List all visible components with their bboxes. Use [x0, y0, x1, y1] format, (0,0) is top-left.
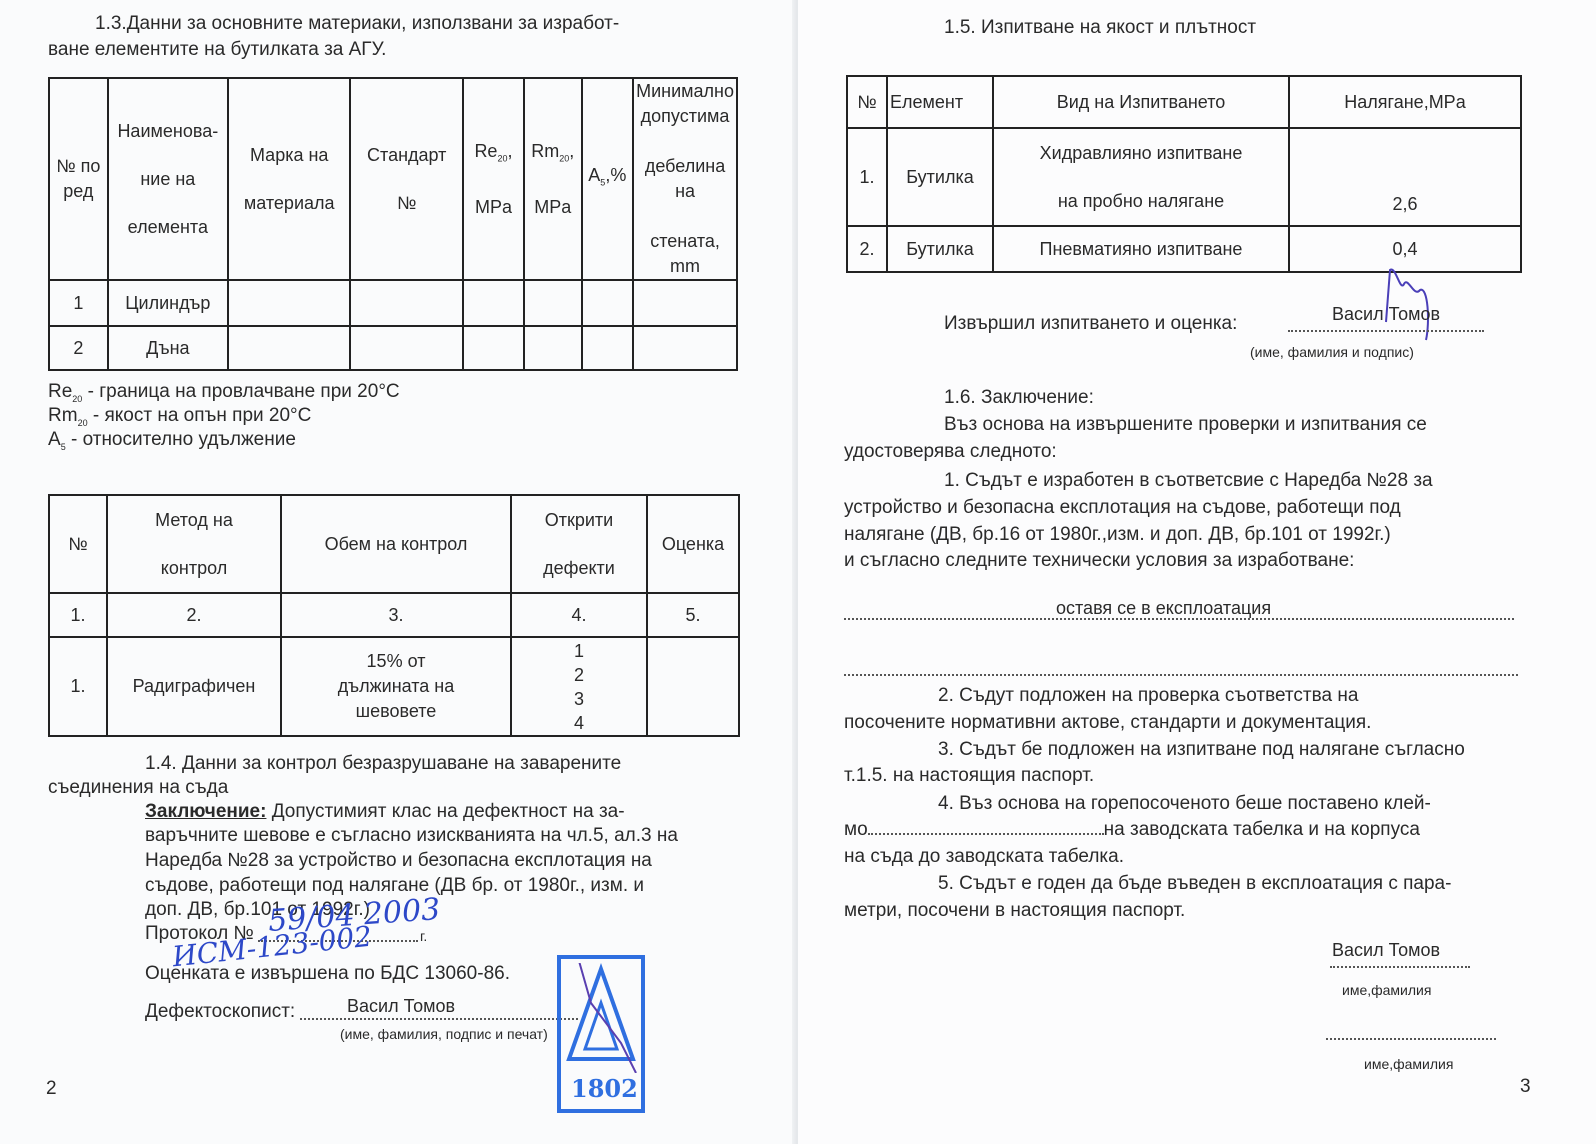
item-2-cont: посочените нормативни актове, стандарти … — [844, 711, 1371, 735]
item-2: 2. Съдут подложен на проверка съответств… — [938, 684, 1358, 708]
signatory-1-name: Васил Томов — [1332, 938, 1440, 962]
tester-name: Васил Томов — [1332, 302, 1440, 326]
empty-cell — [633, 280, 737, 326]
header-element: Наименова-ние наелемента — [108, 78, 228, 280]
item-3: 3. Съдът бе подложен на изпитване под на… — [938, 738, 1465, 762]
empty-cell — [582, 280, 634, 326]
signatory-1-line — [1330, 966, 1470, 968]
materials-header-row: № поред Наименова-ние наелемента Марка н… — [49, 78, 737, 280]
header-element: Елемент — [887, 76, 993, 128]
header-rm20: Rm20,MPa — [524, 78, 582, 280]
header-no: № поред — [49, 78, 108, 280]
table-row: 1 Цилиндър — [49, 280, 737, 326]
section-1-6-title: 1.6. Заключение: — [944, 386, 1094, 410]
header-grade: Оценка — [647, 495, 739, 593]
pressure-test-table: № Елемент Вид на Изпитването Налягане,MP… — [846, 75, 1522, 273]
row-grade — [647, 637, 739, 736]
test-header-row: № Елемент Вид на Изпитването Налягане,MP… — [847, 76, 1521, 128]
header-scope: Обем на контрол — [281, 495, 511, 593]
item-5: 5. Съдът е годен да бъде въведен в експл… — [938, 872, 1451, 896]
row-no: 1 — [49, 280, 108, 326]
conclusion-intro: Въз основа на извършените проверки и изп… — [944, 413, 1427, 437]
header-test-type: Вид на Изпитването — [993, 76, 1289, 128]
row-defects: 1234 — [511, 637, 647, 736]
empty-cell — [463, 280, 524, 326]
item-4: 4. Въз основа на горепосоченото беше пос… — [938, 792, 1431, 816]
tester-label: Извършил изпитването и оценка: — [944, 312, 1237, 336]
header-pressure: Налягане,MPa — [1289, 76, 1521, 128]
empty-cell — [633, 326, 737, 370]
item-1-cont: и съгласно следните технически условия з… — [844, 549, 1354, 573]
row-no: 1. — [847, 128, 887, 226]
row-pressure: 2,6 — [1289, 128, 1521, 226]
row-element: Бутилка — [887, 128, 993, 226]
row-scope: 15% отдължината нашевовете — [281, 637, 511, 736]
row-no: 2 — [49, 326, 108, 370]
conclusion-line: Наредба №28 за устройство и безопасна ек… — [145, 849, 652, 873]
row-test-type: Хидравлияно изпитванена пробно налягане — [993, 128, 1289, 226]
stamp-number: 1802 — [571, 1074, 638, 1103]
header-re20: Re20,MPa — [463, 78, 524, 280]
page-number: 2 — [46, 1077, 57, 1101]
conclusion-line: варъчните шевове е съгласно изискванията… — [145, 824, 678, 848]
signatory-1-caption: име,фамилия — [1342, 978, 1431, 1002]
table-row: 2 Дъна — [49, 326, 737, 370]
row-no: 1. — [49, 637, 107, 736]
header-no: № — [49, 495, 107, 593]
defectoscopist-name: Васил Томов — [347, 994, 455, 1018]
item-1-cont: налягане (ДВ, бр.16 от 1980г.,изм. и доп… — [844, 523, 1391, 547]
ndt-index-row: 1. 2. 3. 4. 5. — [49, 593, 739, 637]
conclusion-intro-cont: удостоверява следното: — [844, 440, 1057, 464]
item-4-cont: на съда до заводската табелка. — [844, 845, 1124, 869]
technical-conditions-value: оставя се в експлоатация — [1056, 596, 1271, 620]
empty-cell — [350, 280, 462, 326]
item-4-cont: мона заводската табелка и на корпуса — [844, 818, 1420, 842]
ndt-table: № Метод наконтрол Обем на контрол Открит… — [48, 494, 740, 737]
empty-cell — [228, 280, 351, 326]
header-no: № — [847, 76, 887, 128]
conclusion-line: Заключение: Допустимият клас на дефектно… — [145, 800, 625, 824]
empty-cell — [350, 326, 462, 370]
section-1-4-title-cont: съединения на съда — [48, 776, 228, 800]
signatory-2-caption: име,фамилия — [1364, 1052, 1453, 1076]
empty-cell — [582, 326, 634, 370]
materials-table: № поред Наименова-ние наелемента Марка н… — [48, 77, 738, 371]
table-row: 1. Бутилка Хидравлияно изпитванена пробн… — [847, 128, 1521, 226]
right-page: 1.5. Изпитване на якост и плътност № Еле… — [798, 0, 1596, 1144]
row-method: Радиграфичен — [107, 637, 281, 736]
left-page: 1.3.Данни за основните материаки, използ… — [0, 0, 798, 1144]
section-1-4-title: 1.4. Данни за контрол безразрушаване на … — [145, 752, 621, 776]
item-1: 1. Съдът е изработен в съответсвие с Нар… — [944, 469, 1433, 493]
empty-cell — [524, 280, 582, 326]
row-element: Цилиндър — [108, 280, 228, 326]
fill-line — [844, 674, 1518, 676]
defectoscopist-label: Дефектоскопист: — [145, 1000, 295, 1024]
defectoscopist-caption: (име, фамилия, подпис и печат) — [340, 1022, 548, 1046]
empty-cell — [524, 326, 582, 370]
empty-cell — [228, 326, 351, 370]
stamp: 1802 — [557, 955, 645, 1113]
page-number: 3 — [1520, 1075, 1531, 1099]
row-no: 2. — [847, 226, 887, 272]
section-1-3-title-cont: ване елементите на бутилката за АГУ. — [48, 38, 386, 62]
tester-caption: (име, фамилия и подпис) — [1250, 340, 1414, 364]
fill-line — [844, 618, 1514, 620]
section-1-3-title: 1.3.Данни за основните материаки, използ… — [95, 12, 619, 36]
triangle-stamp-icon — [561, 963, 641, 1073]
item-1-cont: устройство и безопасна експлотация на съ… — [844, 496, 1401, 520]
conclusion-label: Заключение: — [145, 801, 266, 822]
index-cell: 2. — [107, 593, 281, 637]
header-standard: Стандарт№ — [350, 78, 462, 280]
ndt-header-row: № Метод наконтрол Обем на контрол Открит… — [49, 495, 739, 593]
header-method: Метод наконтрол — [107, 495, 281, 593]
header-a5: A5,% — [582, 78, 634, 280]
index-cell: 3. — [281, 593, 511, 637]
signatory-2-line — [1326, 1038, 1496, 1040]
index-cell: 5. — [647, 593, 739, 637]
item-5-cont: метри, посочени в настоящия паспорт. — [844, 899, 1185, 923]
assessment-note: Оценката е извършена по БДС 13060-86. — [145, 962, 510, 986]
row-test-type: Пневматияно изпитване — [993, 226, 1289, 272]
header-defects: Откритидефекти — [511, 495, 647, 593]
row-element: Дъна — [108, 326, 228, 370]
item-3-cont: т.1.5. на настоящия паспорт. — [844, 764, 1094, 788]
header-min-thickness: Минималнодопустимадебелина настената,mm — [633, 78, 737, 280]
table-row: 1. Радиграфичен 15% отдължината нашевове… — [49, 637, 739, 736]
tester-dotted-line — [1288, 330, 1484, 332]
defectoscopist-dotted-line — [300, 1018, 578, 1020]
section-1-5-title: 1.5. Изпитване на якост и плътност — [944, 16, 1256, 40]
index-cell: 1. — [49, 593, 107, 637]
index-cell: 4. — [511, 593, 647, 637]
empty-cell — [463, 326, 524, 370]
header-grade: Марка наматериала — [228, 78, 351, 280]
row-element: Бутилка — [887, 226, 993, 272]
legend-a5: A5 - относително удължение — [48, 428, 296, 459]
